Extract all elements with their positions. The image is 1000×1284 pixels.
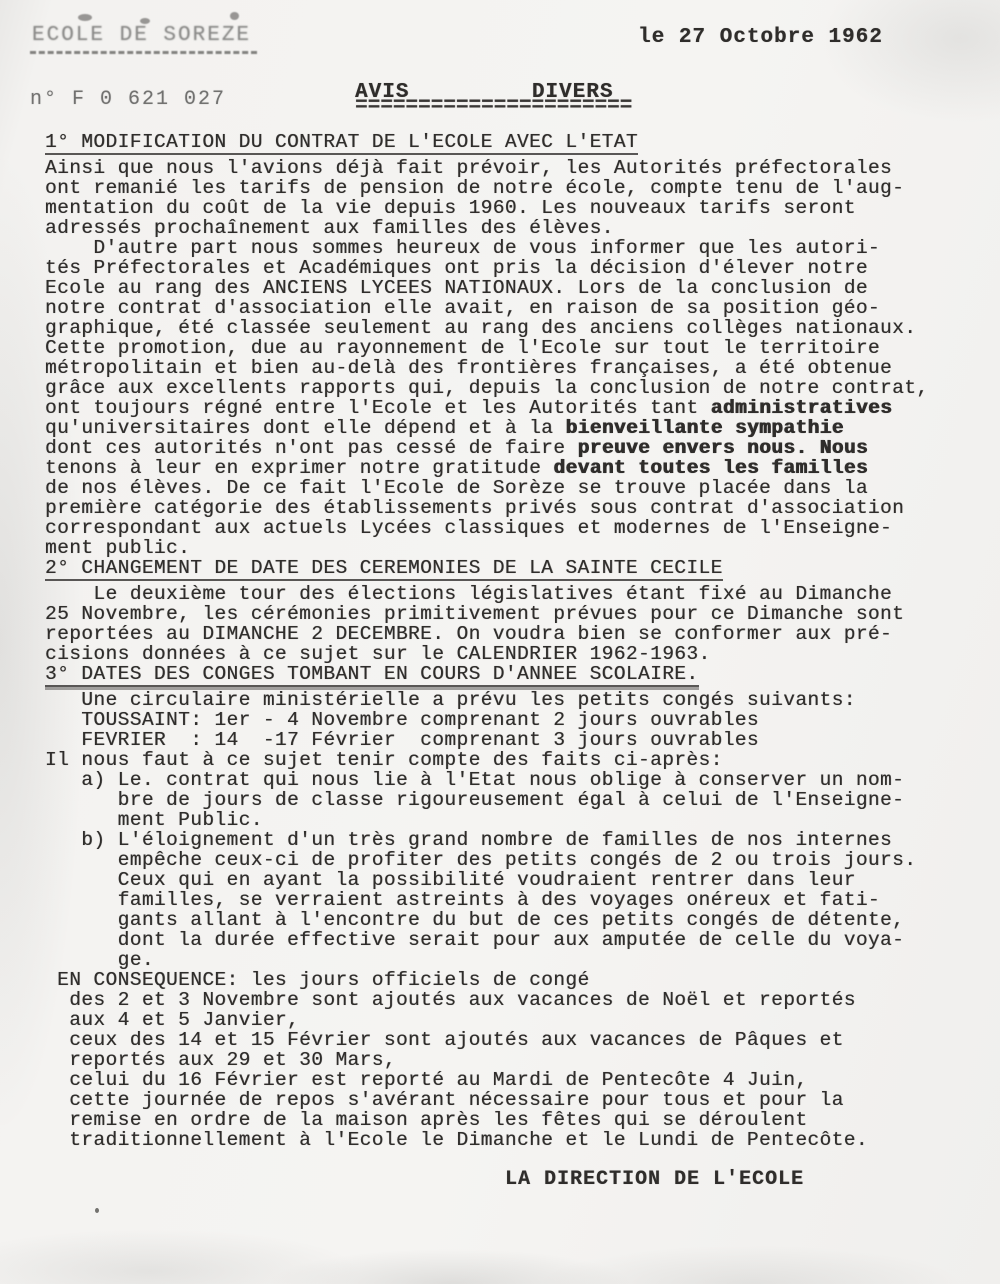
text-line: Ecole au rang des ANCIENS LYCEES NATIONA… — [45, 278, 975, 298]
text-line: ont toujours régné entre l'Ecole et les … — [45, 398, 975, 418]
text-line: remise en ordre de la maison après les f… — [45, 1110, 975, 1130]
text-segment: 2° CHANGEMENT DE DATE DES CEREMONIES DE … — [45, 557, 723, 579]
text-segment: b) L'éloignement d'un très grand nombre … — [45, 829, 892, 851]
text-segment: des 2 et 3 Novembre sont ajoutés aux vac… — [45, 989, 856, 1011]
text-segment: métropolitain et bien au-delà des fronti… — [45, 357, 892, 379]
text-segment: Ceux qui en ayant la possibilité voudrai… — [45, 869, 856, 891]
text-segment: mentation du coût de la vie depuis 1960.… — [45, 197, 856, 219]
text-segment: EN CONSEQUENCE: les jours officiels de c… — [45, 969, 590, 991]
text-line: Cette promotion, due au rayonnement de l… — [45, 338, 975, 358]
text-line: empêche ceux-ci de profiter des petits c… — [45, 850, 975, 870]
text-segment: correspondant aux actuels Lycées classiq… — [45, 517, 892, 539]
text-segment: Ecole au rang des ANCIENS LYCEES NATIONA… — [45, 277, 868, 299]
text-line: b) L'éloignement d'un très grand nombre … — [45, 830, 975, 850]
ink-smudge — [230, 12, 239, 20]
text-segment: dont ces autorités n'ont pas cessé de fa… — [45, 437, 577, 459]
title-underline: ====================== — [355, 99, 632, 115]
text-segment: aux 4 et 5 Janvier, — [45, 1009, 299, 1031]
section-heading: 3° DATES DES CONGES TOMBANT EN COURS D'A… — [45, 664, 975, 690]
text-segment: 25 Novembre, les cérémonies primitivemen… — [45, 603, 904, 625]
text-line: cette journée de repos s'avérant nécessa… — [45, 1090, 975, 1110]
bold-text-segment: bienveillante sympathie — [565, 417, 843, 439]
text-segment: tés Préfectorales et Académiques ont pri… — [45, 257, 868, 279]
signature: LA DIRECTION DE L'ECOLE — [505, 1168, 804, 1191]
text-segment: 1° MODIFICATION DU CONTRAT DE L'ECOLE AV… — [45, 131, 638, 153]
text-segment: première catégorie des établissements pr… — [45, 497, 904, 519]
text-segment: Cette promotion, due au rayonnement de l… — [45, 337, 880, 359]
text-line: graphique, été classée seulement au rang… — [45, 318, 975, 338]
text-line: a) Le. contrat qui nous lie à l'Etat nou… — [45, 770, 975, 790]
section-heading: 1° MODIFICATION DU CONTRAT DE L'ECOLE AV… — [45, 132, 975, 158]
text-segment: Le deuxième tour des élections législati… — [45, 583, 892, 605]
text-line: FEVRIER : 14 -17 Février comprenant 3 jo… — [45, 730, 975, 750]
text-line: TOUSSAINT: 1er - 4 Novembre comprenant 2… — [45, 710, 975, 730]
scanned-document-page: ECOLE DE SOREZE le 27 Octobre 1962 n° F … — [0, 0, 1000, 1284]
stray-mark — [95, 1208, 99, 1213]
text-segment: reportées au DIMANCHE 2 DECEMBRE. On vou… — [45, 623, 892, 645]
text-line: dont la durée effective serait pour aux … — [45, 930, 975, 950]
text-line: grâce aux excellents rapports qui, depui… — [45, 378, 975, 398]
letterhead: ECOLE DE SOREZE — [30, 24, 257, 54]
text-line: Le deuxième tour des élections législati… — [45, 584, 975, 604]
text-line: cisions données à ce sujet sur le CALEND… — [45, 644, 975, 664]
text-line: Ainsi que nous l'avions déjà fait prévoi… — [45, 158, 975, 178]
text-segment: reportés aux 29 et 30 Mars, — [45, 1049, 396, 1071]
text-line: 25 Novembre, les cérémonies primitivemen… — [45, 604, 975, 624]
text-line: métropolitain et bien au-delà des fronti… — [45, 358, 975, 378]
document-title: AVIS DIVERS====================== — [355, 85, 632, 115]
text-line: notre contrat d'association elle avait, … — [45, 298, 975, 318]
text-segment: qu'universitaires dont elle dépend et à … — [45, 417, 565, 439]
text-segment: grâce aux excellents rapports qui, depui… — [45, 377, 928, 399]
text-line: Une circulaire ministérielle a prévu les… — [45, 690, 975, 710]
text-segment: empêche ceux-ci de profiter des petits c… — [45, 849, 916, 871]
text-line: Il nous faut à ce sujet tenir compte des… — [45, 750, 975, 770]
text-line: tenons à leur en exprimer notre gratitud… — [45, 458, 975, 478]
text-segment: Il nous faut à ce sujet tenir compte des… — [45, 749, 723, 771]
text-line: ment public. — [45, 538, 975, 558]
reference-number: n° F 0 621 027 — [30, 88, 226, 111]
text-segment: bre de jours de classe rigoureusement ég… — [45, 789, 904, 811]
text-line: familles, se verraient astreints à des v… — [45, 890, 975, 910]
text-segment: ceux des 14 et 15 Février sont ajoutés a… — [45, 1029, 844, 1051]
text-segment: Ainsi que nous l'avions déjà fait prévoi… — [45, 157, 892, 179]
section-heading: 2° CHANGEMENT DE DATE DES CEREMONIES DE … — [45, 558, 975, 584]
text-segment: 3° DATES DES CONGES TOMBANT EN COURS D'A… — [45, 663, 699, 685]
text-segment: D'autre part nous sommes heureux de vous… — [45, 237, 880, 259]
text-segment: remise en ordre de la maison après les f… — [45, 1109, 807, 1131]
text-segment: de nos élèves. De ce fait l'Ecole de Sor… — [45, 477, 868, 499]
text-line: EN CONSEQUENCE: les jours officiels de c… — [45, 970, 975, 990]
text-segment: tenons à leur en exprimer notre gratitud… — [45, 457, 553, 479]
bold-text-segment: administratives — [711, 397, 893, 419]
text-segment: familles, se verraient astreints à des v… — [45, 889, 880, 911]
text-segment: ge. — [45, 949, 154, 971]
text-segment: a) Le. contrat qui nous lie à l'Etat nou… — [45, 769, 904, 791]
text-segment: ont toujours régné entre l'Ecole et les … — [45, 397, 711, 419]
text-segment: celui du 16 Février est reporté au Mardi… — [45, 1069, 807, 1091]
text-line: mentation du coût de la vie depuis 1960.… — [45, 198, 975, 218]
text-line: adressés prochaînement aux familles des … — [45, 218, 975, 238]
text-segment: traditionnellement à l'Ecole le Dimanche… — [45, 1129, 868, 1151]
text-line: bre de jours de classe rigoureusement ég… — [45, 790, 975, 810]
document-lines: 1° MODIFICATION DU CONTRAT DE L'ECOLE AV… — [45, 132, 975, 1150]
text-line: gants allant à l'encontre du but de ces … — [45, 910, 975, 930]
document-date: le 27 Octobre 1962 — [638, 26, 883, 49]
text-segment: cette journée de repos s'avérant nécessa… — [45, 1089, 844, 1111]
bold-text-segment: devant toutes les familles — [553, 457, 868, 479]
text-line: aux 4 et 5 Janvier, — [45, 1010, 975, 1030]
text-line: D'autre part nous sommes heureux de vous… — [45, 238, 975, 258]
text-segment: ont remanié les tarifs de pension de not… — [45, 177, 904, 199]
text-line: reportés aux 29 et 30 Mars, — [45, 1050, 975, 1070]
text-segment: ment Public. — [45, 809, 263, 831]
text-segment: dont la durée effective serait pour aux … — [45, 929, 904, 951]
text-line: correspondant aux actuels Lycées classiq… — [45, 518, 975, 538]
text-line: reportées au DIMANCHE 2 DECEMBRE. On vou… — [45, 624, 975, 644]
text-line: qu'universitaires dont elle dépend et à … — [45, 418, 975, 438]
text-line: première catégorie des établissements pr… — [45, 498, 975, 518]
text-segment: adressés prochaînement aux familles des … — [45, 217, 614, 239]
text-line: de nos élèves. De ce fait l'Ecole de Sor… — [45, 478, 975, 498]
text-line: tés Préfectorales et Académiques ont pri… — [45, 258, 975, 278]
text-line: ment Public. — [45, 810, 975, 830]
text-line: celui du 16 Février est reporté au Mardi… — [45, 1070, 975, 1090]
text-line: ont remanié les tarifs de pension de not… — [45, 178, 975, 198]
text-segment: cisions données à ce sujet sur le CALEND… — [45, 643, 711, 665]
text-segment: notre contrat d'association elle avait, … — [45, 297, 880, 319]
bold-text-segment: preuve envers nous. Nous — [577, 437, 867, 459]
ink-smudge — [78, 14, 92, 21]
text-line: Ceux qui en ayant la possibilité voudrai… — [45, 870, 975, 890]
text-line: traditionnellement à l'Ecole le Dimanche… — [45, 1130, 975, 1150]
text-segment: Une circulaire ministérielle a prévu les… — [45, 689, 856, 711]
text-segment: ment public. — [45, 537, 190, 559]
text-line: dont ces autorités n'ont pas cessé de fa… — [45, 438, 975, 458]
text-segment: gants allant à l'encontre du but de ces … — [45, 909, 904, 931]
text-segment: TOUSSAINT: 1er - 4 Novembre comprenant 2… — [45, 709, 759, 731]
text-line: ge. — [45, 950, 975, 970]
text-segment: graphique, été classée seulement au rang… — [45, 317, 916, 339]
text-line: ceux des 14 et 15 Février sont ajoutés a… — [45, 1030, 975, 1050]
text-segment: FEVRIER : 14 -17 Février comprenant 3 jo… — [45, 729, 759, 751]
text-line: des 2 et 3 Novembre sont ajoutés aux vac… — [45, 990, 975, 1010]
